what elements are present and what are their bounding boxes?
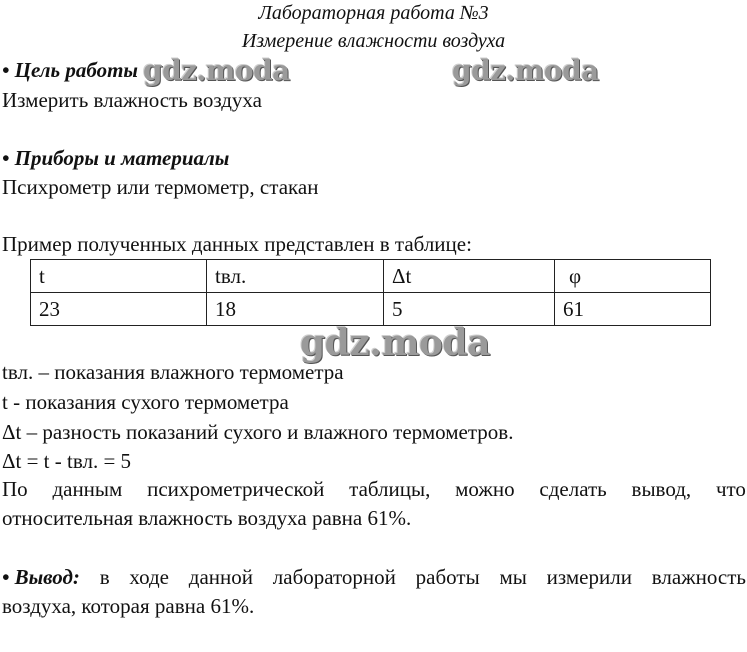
legend-line: Δt = t - tвл. = 5	[2, 449, 131, 474]
word: данным	[52, 477, 122, 502]
word: лабораторной	[273, 565, 396, 590]
word: сделать	[539, 477, 606, 502]
goal-text: Измерить влажность воздуха	[2, 88, 262, 113]
goal-heading: Цель работы	[15, 58, 138, 82]
word: вывод,	[632, 477, 692, 502]
word: работы	[416, 565, 480, 590]
table-header-cell: Δt	[384, 260, 555, 293]
word: мы	[499, 565, 526, 590]
word: ходе	[129, 565, 169, 590]
table-header-cell: tвл.	[207, 260, 384, 293]
materials-text: Психрометр или термометр, стакан	[2, 175, 318, 200]
result-heading: Вывод:	[15, 565, 80, 589]
table-cell: 18	[207, 293, 384, 326]
conclusion-line-2: относительная влажность воздуха равна 61…	[2, 506, 411, 531]
conclusion-line-1: По данным психрометрической таблицы, мож…	[2, 477, 746, 502]
word: что	[716, 477, 746, 502]
goal-heading-line: • Цель работы	[2, 58, 138, 83]
materials-heading: Приборы и материалы	[15, 146, 230, 170]
watermark: gdz.moda	[300, 322, 490, 364]
bullet: •	[2, 146, 9, 170]
word: влажность	[652, 565, 746, 590]
result-line-2: воздуха, которая равна 61%.	[2, 594, 254, 619]
word: данной	[189, 565, 253, 590]
legend-line: Δt – разность показаний сухого и влажног…	[2, 420, 513, 445]
table-intro: Пример полученных данных представлен в т…	[2, 232, 472, 257]
page-title: Лабораторная работа №3	[0, 2, 747, 25]
table-cell: 23	[31, 293, 207, 326]
materials-heading-line: • Приборы и материалы	[2, 146, 229, 171]
word: в	[100, 565, 110, 590]
word: можно	[455, 477, 515, 502]
data-table: t tвл. Δt φ 23 18 5 61	[30, 259, 711, 326]
result-line-1: • Вывод: в ходе данной лабораторной рабо…	[2, 565, 746, 590]
legend-line: t - показания сухого термометра	[2, 390, 289, 415]
bullet: •	[2, 58, 9, 82]
table-header-cell: φ	[555, 260, 711, 293]
table-header-row: t tвл. Δt φ	[31, 260, 711, 293]
legend-line: tвл. – показания влажного термометра	[2, 360, 344, 385]
watermark: gdz.moda	[452, 54, 599, 87]
table-cell: 5	[384, 293, 555, 326]
word: По	[2, 477, 28, 502]
bullet: •	[2, 565, 9, 589]
page-subtitle: Измерение влажности воздуха	[0, 30, 747, 53]
table-cell: 61	[555, 293, 711, 326]
table-row: 23 18 5 61	[31, 293, 711, 326]
word: измерили	[547, 565, 632, 590]
word: таблицы,	[349, 477, 430, 502]
word: психрометрической	[147, 477, 324, 502]
result-heading-group: • Вывод:	[2, 565, 80, 590]
watermark: gdz.moda	[143, 54, 290, 87]
table-header-cell: t	[31, 260, 207, 293]
